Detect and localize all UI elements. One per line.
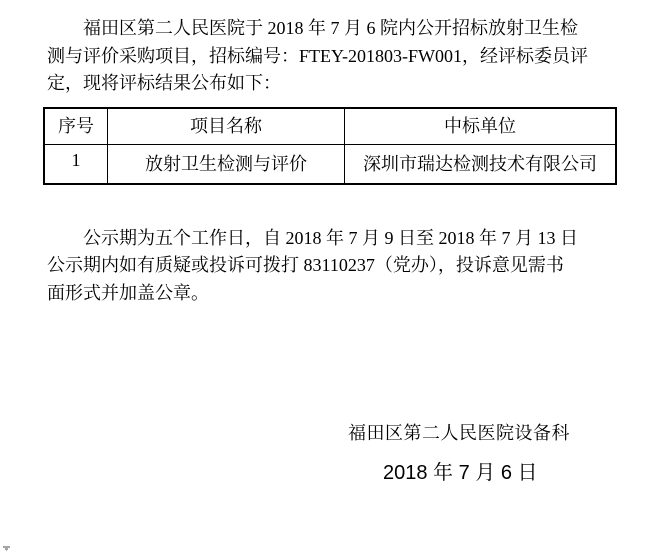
bid-result-table-header: 序号 项目名称 中标单位 xyxy=(44,108,616,145)
table-row: 1 放射卫生检测与评价 深圳市瑞达检测技术有限公司 xyxy=(44,145,616,184)
intro-paragraph: 福田区第二人民医院于 2018 年 7 月 6 院内公开招标放射卫生检 测与评价… xyxy=(47,15,624,98)
cell-index: 1 xyxy=(44,145,108,184)
date-line: 2018 年 7 月 6 日 xyxy=(383,458,624,488)
table-header-row: 序号 项目名称 中标单位 xyxy=(44,108,616,145)
bid-result-table: 序号 项目名称 中标单位 1 放射卫生检测与评价 深圳市瑞达检测技术有限公司 xyxy=(43,107,617,185)
document-content: 福田区第二人民医院于 2018 年 7 月 6 院内公开招标放射卫生检 测与评价… xyxy=(0,15,671,488)
bid-result-table-body: 1 放射卫生检测与评价 深圳市瑞达检测技术有限公司 xyxy=(44,145,616,184)
header-cell-index: 序号 xyxy=(44,108,108,145)
corner-artifact-bar xyxy=(6,550,7,551)
notice-paragraph: 公示期为五个工作日，自 2018 年 7 月 9 日至 2018 年 7 月 1… xyxy=(47,225,624,308)
cell-project-name: 放射卫生检测与评价 xyxy=(108,145,345,184)
announcement-page: 福田区第二人民医院于 2018 年 7 月 6 院内公开招标放射卫生检 测与评价… xyxy=(0,0,671,556)
corner-artifact-icon xyxy=(3,546,11,552)
header-cell-project-name: 项目名称 xyxy=(108,108,345,145)
header-cell-winning-bidder: 中标单位 xyxy=(345,108,617,145)
cell-winning-bidder: 深圳市瑞达检测技术有限公司 xyxy=(345,145,617,184)
signature-line: 福田区第二人民医院设备科 xyxy=(348,419,624,447)
